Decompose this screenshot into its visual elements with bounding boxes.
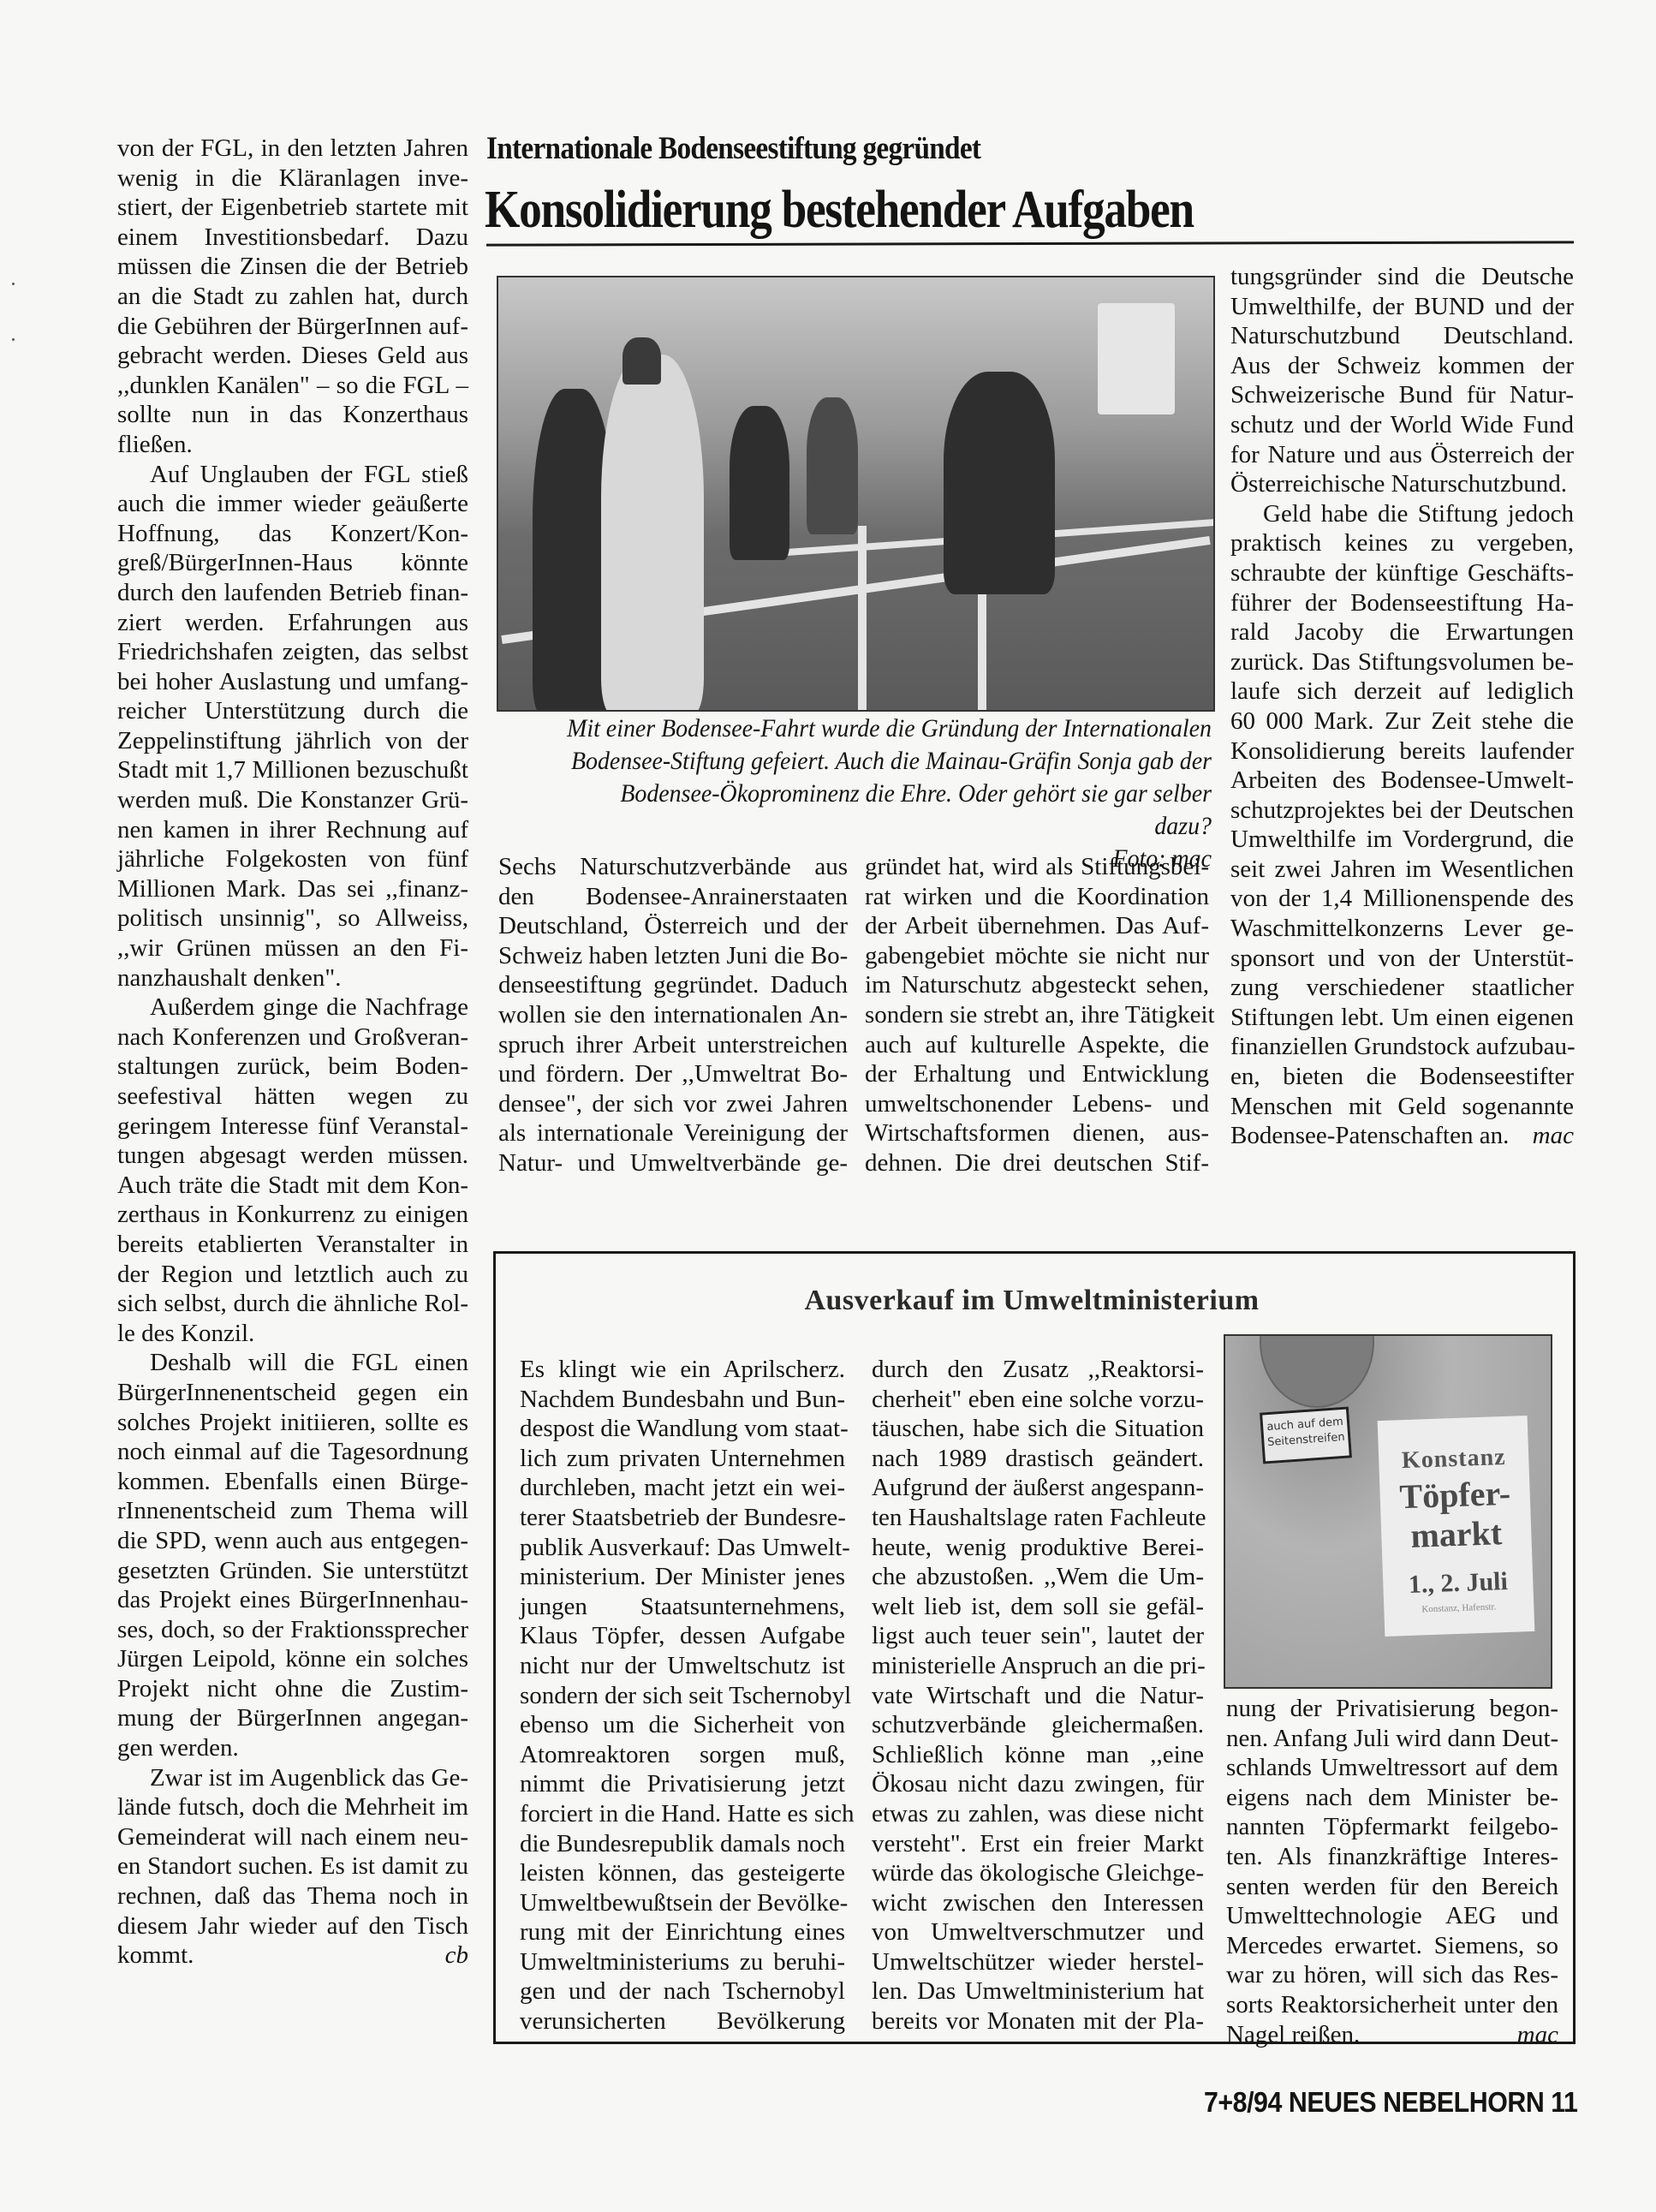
text-line: sich selbst, durch die ähnliche Rol- [117, 1289, 468, 1319]
text-line: den Bodensee-Anrainerstaaten [498, 882, 848, 912]
text-line: rat wirken und die Koordination [865, 882, 1209, 912]
text-line: durch den laufenden Betrieb finan- [117, 578, 468, 608]
text-line: Projekt nicht ohne die Zustim- [117, 1674, 468, 1704]
text-line: tungen abgesagt werden müssen. [117, 1141, 468, 1171]
text-line: eigens nach dem Minister be- [1226, 1783, 1558, 1813]
text-line: nannten Töpfermarkt feilgebo- [1226, 1812, 1558, 1842]
text-line: Klaus Töpfer, dessen Aufgabe [520, 1621, 845, 1651]
text-line: cherheit" eben eine solche vorzu- [872, 1385, 1204, 1415]
text-line: gründet hat, wird als Stiftungsbei- [865, 852, 1209, 882]
paragraph: nung der Privatisierung begon-nen. Anfan… [1226, 1694, 1558, 2049]
text-line: schutzverbände gleichermaßen. [872, 1710, 1204, 1740]
boxed-article-title: Ausverkauf im Umweltministerium [493, 1285, 1570, 1317]
main-article-column-3: tungsgründer sind die DeutscheUmwelthilf… [1230, 262, 1574, 1151]
text-line: ebenso um die Sicherheit von [520, 1710, 845, 1740]
paragraph: Deshalb will die FGL einenBürgerInnenent… [117, 1348, 468, 1762]
text-line: sponsort und von der Unterstüt- [1230, 944, 1574, 974]
text-line: wenig in die Kläranlagen inve- [117, 164, 468, 194]
paragraph: von der FGL, in den letzten Jahrenwenig … [117, 134, 468, 460]
text-line: ten Haushaltslage raten Fachleute [872, 1503, 1204, 1533]
toepfermarkt-photo: auch auf dem Seitenstreifen Konstanz Töp… [1224, 1334, 1552, 1689]
poster-title: markt [1381, 1515, 1532, 1554]
text-line: Waschmittelkonzerns Lever ge- [1230, 914, 1574, 944]
text-line: nen. Anfang Juli wird dann Deut- [1226, 1724, 1558, 1754]
text-line: von der FGL, in den letzten Jahren [117, 134, 468, 164]
text-line: Umweltbewußtsein der Bevölke- [520, 1888, 845, 1918]
text-line: auch die immer wieder geäußerte [117, 489, 468, 519]
text-line-with-signature: kommt.cb [117, 1941, 468, 1971]
caption-line: Bodensee-Stiftung gefeiert. Auch die Mai… [563, 745, 1212, 778]
text-line: Zwar ist im Augenblick das Ge- [117, 1763, 468, 1793]
text-line: Gemeinderat will nach einem neu- [117, 1822, 468, 1852]
text-line: würde das ökologische Gleichge- [872, 1858, 1204, 1888]
boxed-article-column-1: Es klingt wie ein Aprilscherz.Nachdem Bu… [520, 1355, 845, 2036]
article-headline: Konsolidierung bestehender Aufgaben [485, 180, 1194, 241]
text-line: führer der Bodenseestiftung Ha- [1230, 588, 1574, 618]
text-line: praktisch keines zu vergeben, [1230, 528, 1574, 558]
text-line: Umweltministeriums zu beruhi- [520, 1947, 845, 1977]
text-line: die Gebühren der BürgerInnen auf- [117, 312, 468, 342]
text-line: sondern der sich seit Tschernobyl [520, 1681, 845, 1711]
text-line: etwas zu zahlen, was diese nicht [872, 1799, 1204, 1829]
text-line: Geld habe die Stiftung jedoch [1230, 499, 1574, 529]
paragraph: gründet hat, wird als Stiftungsbei-rat w… [865, 852, 1209, 1178]
text-line: rald Jacoby die Erwartungen [1230, 617, 1574, 647]
main-article-column-2: gründet hat, wird als Stiftungsbei-rat w… [865, 852, 1209, 1178]
text-line: bereits vor Monaten mit der Pla- [872, 2006, 1204, 2036]
text-line: Auf Unglauben der FGL stieß [117, 460, 468, 490]
text-line: geringem Interesse fünf Veranstal- [117, 1112, 468, 1142]
text-line: welt lieb ist, dem soll sie gefäl- [872, 1592, 1204, 1622]
text-line: lände futsch, doch die Mehrheit im [117, 1792, 468, 1822]
text-line: reicher Unterstützung durch die [117, 696, 468, 726]
text-line: nach Konferenzen und Großveran- [117, 1023, 468, 1052]
text-line: ministerium. Der Minister jenes [520, 1562, 845, 1592]
text-line: le des Konzil. [117, 1319, 468, 1349]
paragraph: Sechs Naturschutzverbände ausden Bodense… [498, 852, 848, 1178]
paragraph: Es klingt wie ein Aprilscherz.Nachdem Bu… [520, 1355, 845, 2036]
text-line: Menschen mit Geld sogenannte [1230, 1092, 1574, 1122]
text-line: Naturschutzbund Deutschland. [1230, 321, 1574, 351]
market-poster: Konstanz Töpfer- markt 1., 2. Juli Konst… [1378, 1416, 1535, 1637]
text-line: ligst auch teuer sein", lautet der [872, 1621, 1204, 1651]
text-line: schutz und der World Wide Fund [1230, 410, 1574, 440]
text-line: jungen Staatsunternehmens, [520, 1592, 845, 1622]
text-line: Nachdem Bundesbahn und Bun- [520, 1385, 845, 1415]
text-line: kommt. [117, 1941, 194, 1971]
text-line: nach 1989 drastisch geändert. [872, 1444, 1204, 1474]
text-line: gabengebiet möchte sie nicht nur [865, 941, 1209, 971]
text-line: vate Wirtschaft und die Natur- [872, 1681, 1204, 1711]
text-line: stiert, der Eigenbetrieb startete mit [117, 193, 468, 223]
text-line: tungsgründer sind die Deutsche [1230, 262, 1574, 292]
left-article-column: von der FGL, in den letzten Jahrenwenig … [117, 134, 468, 1971]
text-line: von Umweltverschmutzer und [872, 1917, 1204, 1947]
paragraph: tungsgründer sind die DeutscheUmwelthilf… [1230, 262, 1574, 499]
poster-title: Töpfer- [1379, 1476, 1530, 1515]
text-line: Umwelthilfe im Vordergrund, die [1230, 825, 1574, 855]
text-line: zung verschiedener staatlicher [1230, 973, 1574, 1003]
text-line: im Naturschutz abgesteckt sehen, [865, 970, 1209, 1000]
boxed-article-column-3: nung der Privatisierung begon-nen. Anfan… [1226, 1694, 1558, 2049]
text-line: kommen. Ebenfalls einen Bürge- [117, 1467, 468, 1497]
text-line: jährliche Folgekosten von fünf [117, 844, 468, 874]
caption-line: Mit einer Bodensee-Fahrt wurde die Gründ… [563, 712, 1212, 745]
text-line: seit zwei Jahren im Wesentlichen [1230, 855, 1574, 885]
text-line: publik Ausverkauf: Das Umwelt- [520, 1533, 845, 1563]
poster-city: Konstanz [1379, 1443, 1529, 1476]
text-line: gen und der nach Tschernobyl [520, 1976, 845, 2006]
text-line-with-signature: Bodensee-Patenschaften an.mac [1230, 1121, 1574, 1151]
paragraph: durch den Zusatz ,,Reaktorsi-cherheit" e… [872, 1355, 1204, 2036]
text-line: ziert werden. Erfahrungen aus [117, 608, 468, 638]
boxed-article-column-2: durch den Zusatz ,,Reaktorsi-cherheit" e… [872, 1355, 1204, 2036]
text-line: Zeppelinstiftung jährlich von der [117, 726, 468, 756]
text-line: nimmt die Privatisierung jetzt [520, 1769, 845, 1799]
text-line: Umwelthilfe, der BUND und der [1230, 292, 1574, 322]
text-line: rInnenentscheid zum Thema will [117, 1496, 468, 1526]
text-line: leisten können, das gesteigerte [520, 1858, 845, 1888]
text-line: an die Stadt zu zahlen hat, durch [117, 282, 468, 312]
text-line: rung mit der Einrichtung eines [520, 1917, 845, 1947]
text-line: lich zum privaten Unternehmen [520, 1444, 845, 1474]
text-line: Auch träte die Stadt mit dem Kon- [117, 1171, 468, 1201]
paragraph: Auf Unglauben der FGL stießauch die imme… [117, 460, 468, 993]
text-line: durchleben, macht jetzt ein wei- [520, 1473, 845, 1503]
author-signature: mac [1533, 1121, 1574, 1151]
caption-line: Bodensee-Ökoprominenz die Ehre. Oder geh… [563, 778, 1212, 843]
text-line: Deutschland, Österreich und der [498, 911, 848, 941]
text-line: Schweizerische Bund für Natur- [1230, 380, 1574, 410]
text-line: die Bundesrepublik damals noch [520, 1829, 845, 1859]
text-line: der Erhaltung und Entwicklung [865, 1059, 1209, 1089]
text-line: Stiftungen lebt. Um einen eigenen [1230, 1003, 1574, 1033]
headline-rule [486, 241, 1574, 246]
author-signature: cb [445, 1941, 468, 1971]
text-line: der Arbeit übernehmen. Das Auf- [865, 911, 1209, 941]
text-line: densee", der sich vor zwei Jahren [498, 1089, 848, 1119]
text-line: greß/BürgerInnen-Haus könnte [117, 548, 468, 578]
text-line: nung der Privatisierung begon- [1226, 1694, 1558, 1724]
text-line: en Standort suchen. Es ist damit zu [117, 1851, 468, 1881]
page-footer: 7+8/94 NEUES NEBELHORN 11 [1204, 2086, 1577, 2119]
text-line: nanzhaushalt denken". [117, 963, 468, 993]
text-line: dehnen. Die drei deutschen Stif- [865, 1148, 1209, 1178]
paragraph: Geld habe die Stiftung jedochpraktisch k… [1230, 499, 1574, 1151]
text-line: Aus der Schweiz kommen der [1230, 351, 1574, 381]
text-line: zurück. Das Stiftungsvolumen be- [1230, 647, 1574, 677]
paragraph: Außerdem ginge die Nachfragenach Konfere… [117, 993, 468, 1348]
text-line: Atomreaktoren sorgen muß, [520, 1740, 845, 1770]
text-line: fließen. [117, 430, 468, 460]
text-line: Jürgen Leipold, könne ein solches [117, 1644, 468, 1674]
text-line: che abzustoßen. ,,Wem die Um- [872, 1562, 1204, 1592]
text-line: auch auf kulturelle Aspekte, die [865, 1030, 1209, 1060]
text-line: for Nature und aus Österreich der [1230, 440, 1574, 470]
text-line: Aufgrund der äußerst angespann- [872, 1473, 1204, 1503]
text-line: Bodensee-Patenschaften an. [1230, 1121, 1509, 1151]
text-line: en, bieten die Bodenseestifter [1230, 1062, 1574, 1092]
text-line: schlands Umweltressort auf dem [1226, 1753, 1558, 1783]
text-line: ses, doch, so der Fraktionssprecher [117, 1615, 468, 1645]
text-line-with-signature: Nagel reißen.mac [1226, 2020, 1558, 2050]
text-line: Wirtschaftsformen dienen, aus- [865, 1118, 1209, 1148]
text-line: das Projekt eines BürgerInnenhau- [117, 1585, 468, 1615]
poster-dates: 1., 2. Juli [1383, 1566, 1534, 1601]
text-line: versteht". Erst ein freier Markt [872, 1829, 1204, 1859]
text-line: rechnen, daß das Thema noch in [117, 1881, 468, 1911]
text-line: politisch unsinnig", so Allweiss, [117, 903, 468, 933]
text-line: von der 1,4 Millionenspende des [1230, 884, 1574, 914]
text-line: terer Staatsbetrieb der Bundesre- [520, 1503, 845, 1533]
poster-address: Konstanz, Hafenstr. [1384, 1601, 1534, 1616]
text-line: staltungen zurück, beim Boden- [117, 1052, 468, 1082]
text-line: bereits etablierten Veranstalter in [117, 1230, 468, 1260]
text-line: heute, wenig produktive Berei- [872, 1533, 1204, 1563]
text-line: wollen sie den internationalen An- [498, 1000, 848, 1030]
text-line: Deshalb will die FGL einen [117, 1348, 468, 1378]
text-line: len. Das Umweltministerium hat [872, 1976, 1204, 2006]
text-line: Umwelttechnologie AEG und [1226, 1901, 1558, 1931]
paragraph: Zwar ist im Augenblick das Ge-lände futs… [117, 1763, 468, 1971]
text-line: Millionen Mark. Das sei ,,finanz- [117, 874, 468, 904]
text-line: werden muß. Die Konstanzer Grü- [117, 785, 468, 815]
text-line: die SPD, wenn auch aus entgegen- [117, 1526, 468, 1556]
text-line: wicht zwischen den Interessen [872, 1888, 1204, 1918]
text-line: verunsicherten Bevölkerung [520, 2006, 845, 2036]
text-line: Es klingt wie ein Aprilscherz. [520, 1355, 845, 1385]
street-sign: auch auf dem Seitenstreifen [1260, 1406, 1352, 1464]
text-line: täuschen, habe sich die Situation [872, 1414, 1204, 1444]
text-line: mung der BürgerInnen angegan- [117, 1703, 468, 1733]
text-line: nen kamen in ihrer Rechnung auf [117, 815, 468, 845]
text-line: Ökosau nicht dazu zwingen, für [872, 1769, 1204, 1799]
text-line: Natur- und Umweltverbände ge- [498, 1148, 848, 1178]
text-line: war zu hören, will sich das Res- [1226, 1960, 1558, 1990]
text-line: bei hoher Auslastung und umfang- [117, 667, 468, 697]
text-line: laufe sich derzeit auf lediglich [1230, 677, 1574, 707]
text-line: Stadt mit 1,7 Millionen bezuschußt [117, 755, 468, 785]
text-line: ,,wir Grünen müssen an den Fi- [117, 933, 468, 963]
text-line: umweltschonender Lebens- und [865, 1089, 1209, 1119]
text-line: gesetzten Gründen. Sie unterstützt [117, 1556, 468, 1586]
boat-trip-photo [497, 276, 1215, 712]
text-line: einem Investitionsbedarf. Dazu [117, 223, 468, 253]
text-line: müssen die Zinsen die der Betrieb [117, 252, 468, 282]
text-line: sondern sie strebt an, ihre Tätigkeit [865, 1000, 1209, 1030]
text-line: Nagel reißen. [1226, 2020, 1360, 2050]
text-line: seefestival hätten wegen zu [117, 1082, 468, 1112]
text-line: Schweiz haben letzten Juni die Bo- [498, 941, 848, 971]
text-line: Arbeiten des Bodensee-Umwelt- [1230, 766, 1574, 796]
text-line: forciert in die Hand. Hatte es sich [520, 1799, 845, 1829]
text-line: schraubte der künftige Geschäfts- [1230, 558, 1574, 588]
text-line: 60 000 Mark. Zur Zeit stehe die [1230, 707, 1574, 736]
text-line: ,,dunklen Kanälen" – so die FGL – [117, 371, 468, 401]
text-line: Hoffnung, das Konzert/Kon- [117, 519, 468, 549]
text-line: und fördern. Der ,,Umweltrat Bo- [498, 1059, 848, 1089]
text-line: spruch ihrer Arbeit unterstreichen [498, 1030, 848, 1060]
photo-caption: Mit einer Bodensee-Fahrt wurde die Gründ… [563, 712, 1212, 875]
text-line: noch einmal auf die Tagesordnung [117, 1437, 468, 1467]
text-line: Schließlich könne man ,,eine [872, 1740, 1204, 1770]
text-line: Umweltschützer wieder herstel- [872, 1947, 1204, 1977]
text-line: Konsolidierung bereits laufender [1230, 736, 1574, 766]
text-line: senten werden für den Bereich [1226, 1872, 1558, 1902]
text-line: despost die Wandlung vom staat- [520, 1414, 845, 1444]
text-line: Friedrichshafen zeigten, das selbst [117, 637, 468, 667]
text-line: finanziellen Grundstock aufzubau- [1230, 1032, 1574, 1062]
text-line: Österreichische Naturschutzbund. [1230, 469, 1574, 499]
scan-speck [12, 338, 15, 341]
text-line: sollte nun in das Konzerthaus [117, 400, 468, 430]
text-line: der Region und letztlich auch zu [117, 1260, 468, 1290]
author-signature: mac [1517, 2020, 1558, 2050]
text-line: diesem Jahr wieder auf den Tisch [117, 1911, 468, 1941]
text-line: zerthaus in Konkurrenz zu einigen [117, 1200, 468, 1230]
text-line: Sechs Naturschutzverbände aus [498, 852, 848, 882]
text-line: ministerielle Anspruch an die pri- [872, 1651, 1204, 1681]
article-kicker: Internationale Bodenseestiftung gegründe… [486, 130, 980, 167]
text-line: Mercedes erwartet. Siemens, so [1226, 1931, 1558, 1961]
text-line: durch den Zusatz ,,Reaktorsi- [872, 1355, 1204, 1385]
text-line: Außerdem ginge die Nachfrage [117, 993, 468, 1023]
text-line: schutzprojektes bei der Deutschen [1230, 796, 1574, 826]
text-line: denseestiftung gegründet. Daduch [498, 970, 848, 1000]
text-line: gen werden. [117, 1733, 468, 1763]
traffic-sign-disc [1260, 1334, 1374, 1408]
text-line: solches Projekt initiieren, sollte es [117, 1408, 468, 1438]
text-line: ten. Als finanzkräftige Interes- [1226, 1842, 1558, 1872]
text-line: BürgerInnenentscheid gegen ein [117, 1378, 468, 1408]
text-line: gebracht werden. Dieses Geld aus [117, 341, 468, 371]
text-line: nicht nur der Umweltschutz ist [520, 1651, 845, 1681]
text-line: sorts Reaktorsicherheit unter den [1226, 1990, 1558, 2020]
main-article-column-1: Sechs Naturschutzverbände ausden Bodense… [498, 852, 848, 1178]
scan-speck [12, 283, 15, 285]
text-line: als internationale Vereinigung der [498, 1118, 848, 1148]
